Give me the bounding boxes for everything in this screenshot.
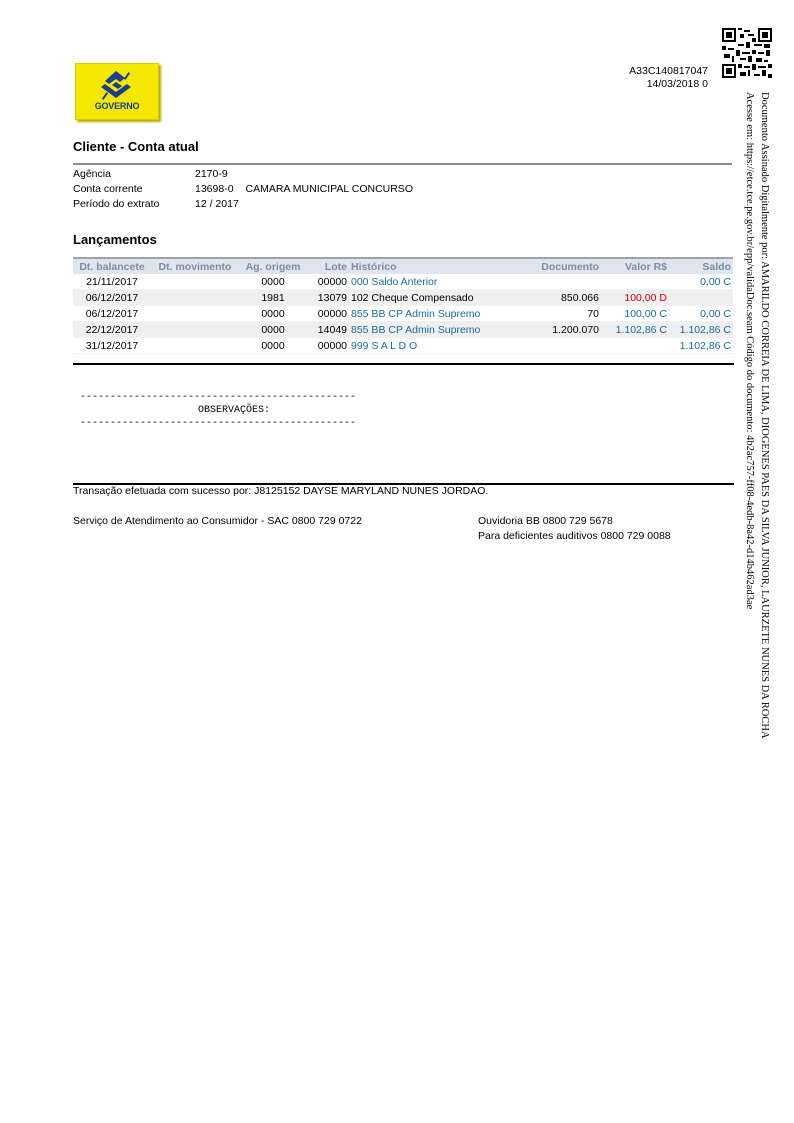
entries-table: Dt. balancete Dt. movimento Ag. origem L… [73,257,733,354]
transaction-text: Transação efetuada com sucesso por: J812… [73,484,488,499]
cell-ag-origem: 0000 [239,274,307,290]
cell-lote: 00000 [307,306,349,322]
col-dt-movimento: Dt. movimento [151,258,239,274]
cell-valor [601,274,669,290]
cell-dt-movimento [151,322,239,338]
cell-historico: 855 BB CP Admin Supremo [349,322,519,338]
table-header-row: Dt. balancete Dt. movimento Ag. origem L… [73,258,733,274]
deficientes-text: Para deficientes auditivos 0800 729 0088 [478,529,671,544]
cell-saldo: 0,00 C [669,306,733,322]
info-label: Agência [73,167,195,182]
cell-historico: 102 Cheque Compensado [349,290,519,306]
cell-valor [601,338,669,354]
cell-historico: 000 Saldo Anterior [349,274,519,290]
cell-documento: 1.200.070 [519,322,601,338]
col-documento: Documento [519,258,601,274]
section-divider [73,363,734,365]
col-valor: Valor R$ [601,258,669,274]
client-info: Agência 2170-9 Conta corrente 13698-0 CA… [73,167,413,212]
document-datetime: 14/03/2018 0 [588,78,708,91]
table-row: 06/12/2017000000000855 BB CP Admin Supre… [73,306,733,322]
cell-historico: 855 BB CP Admin Supremo [349,306,519,322]
info-value: 2170-9 [195,167,228,182]
qr-code-icon [722,28,772,78]
col-dt-balancete: Dt. balancete [73,258,151,274]
cell-historico: 999 S A L D O [349,338,519,354]
cell-dt-movimento [151,306,239,322]
info-value: 13698-0 [195,182,234,197]
col-ag-origem: Ag. origem [239,258,307,274]
cell-saldo: 1.102,86 C [669,322,733,338]
table-row: 31/12/2017000000000999 S A L D O1.102,86… [73,338,733,354]
cell-lote: 00000 [307,338,349,354]
entries-section-title: Lançamentos [73,232,157,247]
cell-dt-balancete: 21/11/2017 [73,274,151,290]
cell-valor: 100,00 D [601,290,669,306]
signature-access-link[interactable]: Acesse em: https://etce.tce.pe.gov.br/ep… [742,92,756,609]
cell-saldo [669,290,733,306]
observations-label: OBSERVAÇÕES: [80,404,356,417]
cell-saldo: 0,00 C [669,274,733,290]
col-saldo: Saldo [669,258,733,274]
cell-lote: 14049 [307,322,349,338]
cell-dt-movimento [151,338,239,354]
cell-dt-balancete: 31/12/2017 [73,338,151,354]
document-code: A33C140817047 [588,65,708,78]
cell-valor: 100,00 C [601,306,669,322]
cell-ag-origem: 1981 [239,290,307,306]
sac-text: Serviço de Atendimento ao Consumidor - S… [73,514,362,529]
document-id-block: A33C140817047 14/03/2018 0 [588,65,708,91]
info-row-agencia: Agência 2170-9 [73,167,413,182]
dash-line: ----------------------------------------… [80,391,356,404]
cell-dt-balancete: 06/12/2017 [73,290,151,306]
info-row-periodo: Período do extrato 12 / 2017 [73,197,413,212]
cell-lote: 13079 [307,290,349,306]
info-row-conta: Conta corrente 13698-0 CAMARA MUNICIPAL … [73,182,413,197]
cell-documento: 70 [519,306,601,322]
cell-documento: 850.066 [519,290,601,306]
observations-block: ----------------------------------------… [80,391,356,430]
cell-ag-origem: 0000 [239,338,307,354]
client-section-title: Cliente - Conta atual [73,139,199,154]
table-row: 22/12/2017000014049855 BB CP Admin Supre… [73,322,733,338]
ouvidoria-text: Ouvidoria BB 0800 729 5678 [478,514,613,529]
logo-label: GOVERNO [76,101,158,111]
table-row: 06/12/2017198113079102 Cheque Compensado… [73,290,733,306]
table-row: 21/11/2017000000000000 Saldo Anterior0,0… [73,274,733,290]
cell-lote: 00000 [307,274,349,290]
cell-ag-origem: 0000 [239,322,307,338]
bank-logo: GOVERNO [75,63,159,120]
info-value: 12 / 2017 [195,197,239,212]
cell-dt-balancete: 22/12/2017 [73,322,151,338]
cell-saldo: 1.102,86 C [669,338,733,354]
cell-dt-movimento [151,274,239,290]
info-label: Período do extrato [73,197,195,212]
signature-signed-by: Documento Assinado Digitalmente por: AMA… [757,92,771,739]
cell-dt-movimento [151,290,239,306]
cell-valor: 1.102,86 C [601,322,669,338]
dash-line: ----------------------------------------… [80,417,356,430]
cell-documento [519,338,601,354]
account-holder: CAMARA MUNICIPAL CONCURSO [246,182,413,197]
info-label: Conta corrente [73,182,195,197]
col-historico: Histórico [349,258,519,274]
cell-ag-origem: 0000 [239,306,307,322]
col-lote: Lote [307,258,349,274]
section-divider [73,163,732,165]
cell-dt-balancete: 06/12/2017 [73,306,151,322]
bb-logo-icon [98,70,134,102]
cell-documento [519,274,601,290]
